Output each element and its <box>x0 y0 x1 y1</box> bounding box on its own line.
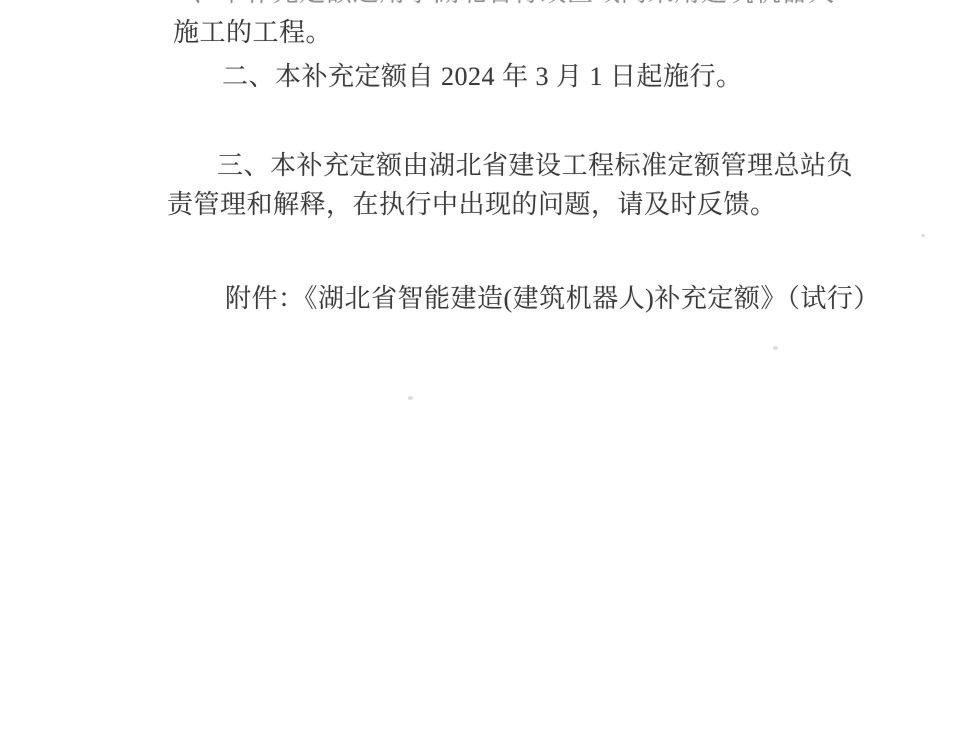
clipped-text-fragments: 一、本补充定额适用于湖北省行政区域内采用建筑机器人 <box>165 0 865 6</box>
scan-noise-speck <box>773 346 778 350</box>
paragraph-effective-date: 二、本补充定额自 2024 年 3 月 1 日起施行。 <box>222 62 743 92</box>
paragraph-management-line-1: 三、本补充定额由湖北省建设工程标准定额管理总站负 <box>217 151 853 181</box>
scanned-document-page: 一、本补充定额适用于湖北省行政区域内采用建筑机器人 施工的工程。 二、本补充定额… <box>0 0 975 750</box>
scan-noise-speck <box>921 234 925 237</box>
paragraph-management-line-2: 责管理和解释，在执行中出现的问题，请及时反馈。 <box>167 190 777 220</box>
attachment-reference-line: 附件：《湖北省智能建造(建筑机器人)补充定额》（试行） <box>225 284 880 314</box>
paragraph-applicability-last-line: 施工的工程。 <box>173 18 332 48</box>
clipped-text-line: 一、本补充定额适用于湖北省行政区域内采用建筑机器人 <box>165 0 865 7</box>
scan-noise-speck <box>408 396 413 400</box>
